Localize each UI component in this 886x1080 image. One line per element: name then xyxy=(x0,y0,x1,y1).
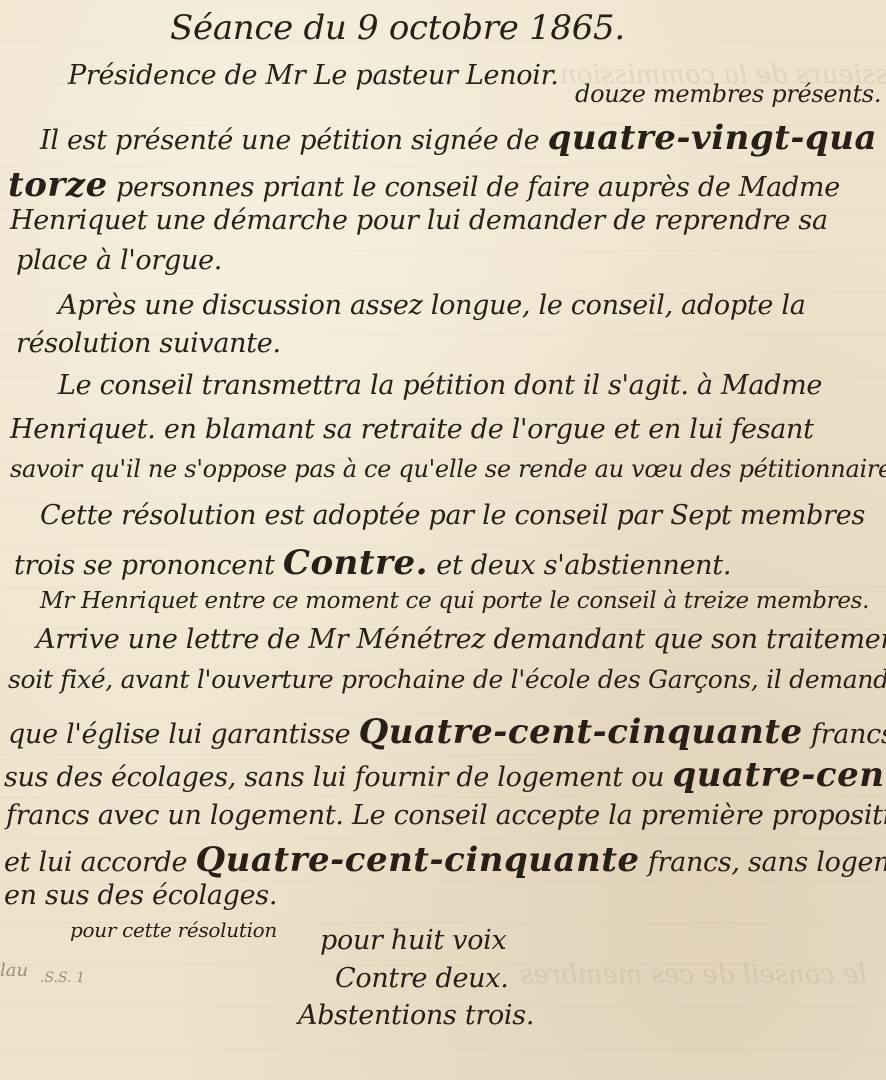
text-line: Le conseil transmettra la pétition dont … xyxy=(58,370,822,401)
text-line: trois se prononcent Contre. et deux s'ab… xyxy=(14,543,731,583)
text-line: sus des écolages, sans lui fournir de lo… xyxy=(4,755,886,795)
text-line: torze personnes priant le conseil de fai… xyxy=(8,165,840,205)
line-text: que l'église lui garantisse xyxy=(8,719,350,750)
presidency-line: Présidence de Mr Le pasteur Lenoir. xyxy=(68,60,559,91)
margin-fragment: lau xyxy=(0,960,28,981)
text-line: place à l'orgue. xyxy=(16,245,222,276)
text-line: Il est présenté une pétition signée de q… xyxy=(40,118,877,158)
text-line: francs avec un logement. Le conseil acce… xyxy=(6,800,886,831)
text-line: Mr Henriquet entre ce moment ce qui port… xyxy=(40,588,869,614)
text-line: que l'église lui garantisse Quatre-cent-… xyxy=(8,712,886,752)
manuscript-page: Messieurs de la commission le conseil de… xyxy=(0,0,886,1080)
text-line: résolution suivante. xyxy=(16,328,281,359)
vote-abstain: Abstentions trois. xyxy=(298,1000,534,1031)
vote-against: Contre deux. xyxy=(335,963,508,994)
line-text: francs, sans logement xyxy=(648,847,886,878)
bleed-through-text: le conseil de ces membres xyxy=(520,960,867,990)
emphasized-word: Contre. xyxy=(283,543,428,583)
emphasized-number: torze xyxy=(8,165,108,205)
text-line: en sus des écolages. xyxy=(4,880,277,911)
text-line: et lui accorde Quatre-cent-cinquante fra… xyxy=(4,840,886,880)
text-line: Cette résolution est adoptée par le cons… xyxy=(40,500,865,531)
text-line: soit fixé, avant l'ouverture prochaine d… xyxy=(8,665,886,694)
text-line: Henriquet une démarche pour lui demander… xyxy=(10,205,828,236)
emphasized-number: quatre-vingt-qua xyxy=(548,118,877,158)
line-text: trois se prononcent xyxy=(14,550,275,581)
line-text: francs, en xyxy=(811,719,886,750)
line-text: sus des écolages, sans lui fournir de lo… xyxy=(4,762,664,793)
line-text: et lui accorde xyxy=(4,847,187,878)
text-line: savoir qu'il ne s'oppose pas à ce qu'ell… xyxy=(10,455,886,483)
page-heading: Séance du 9 octobre 1865. xyxy=(170,8,625,48)
text-line: Après une discussion assez longue, le co… xyxy=(58,290,806,321)
text-line: Arrive une lettre de Mr Ménétrez demanda… xyxy=(36,624,886,655)
emphasized-number: Quatre-cent-cinquante xyxy=(359,712,803,752)
line-text: et deux s'abstiennent. xyxy=(436,550,731,581)
emphasized-number: quatre-cents xyxy=(672,755,886,795)
vote-for: pour huit voix xyxy=(320,925,506,956)
attendance-line: douze membres présents. xyxy=(575,80,881,108)
vote-label: pour cette résolution xyxy=(70,918,277,942)
emphasized-number: Quatre-cent-cinquante xyxy=(196,840,640,880)
margin-stamp: .S.S. 1 xyxy=(40,970,85,986)
text-line: Henriquet. en blamant sa retraite de l'o… xyxy=(10,414,814,445)
line-text: personnes priant le conseil de faire aup… xyxy=(116,172,840,203)
line-text: Il est présenté une pétition signée de xyxy=(40,125,539,156)
